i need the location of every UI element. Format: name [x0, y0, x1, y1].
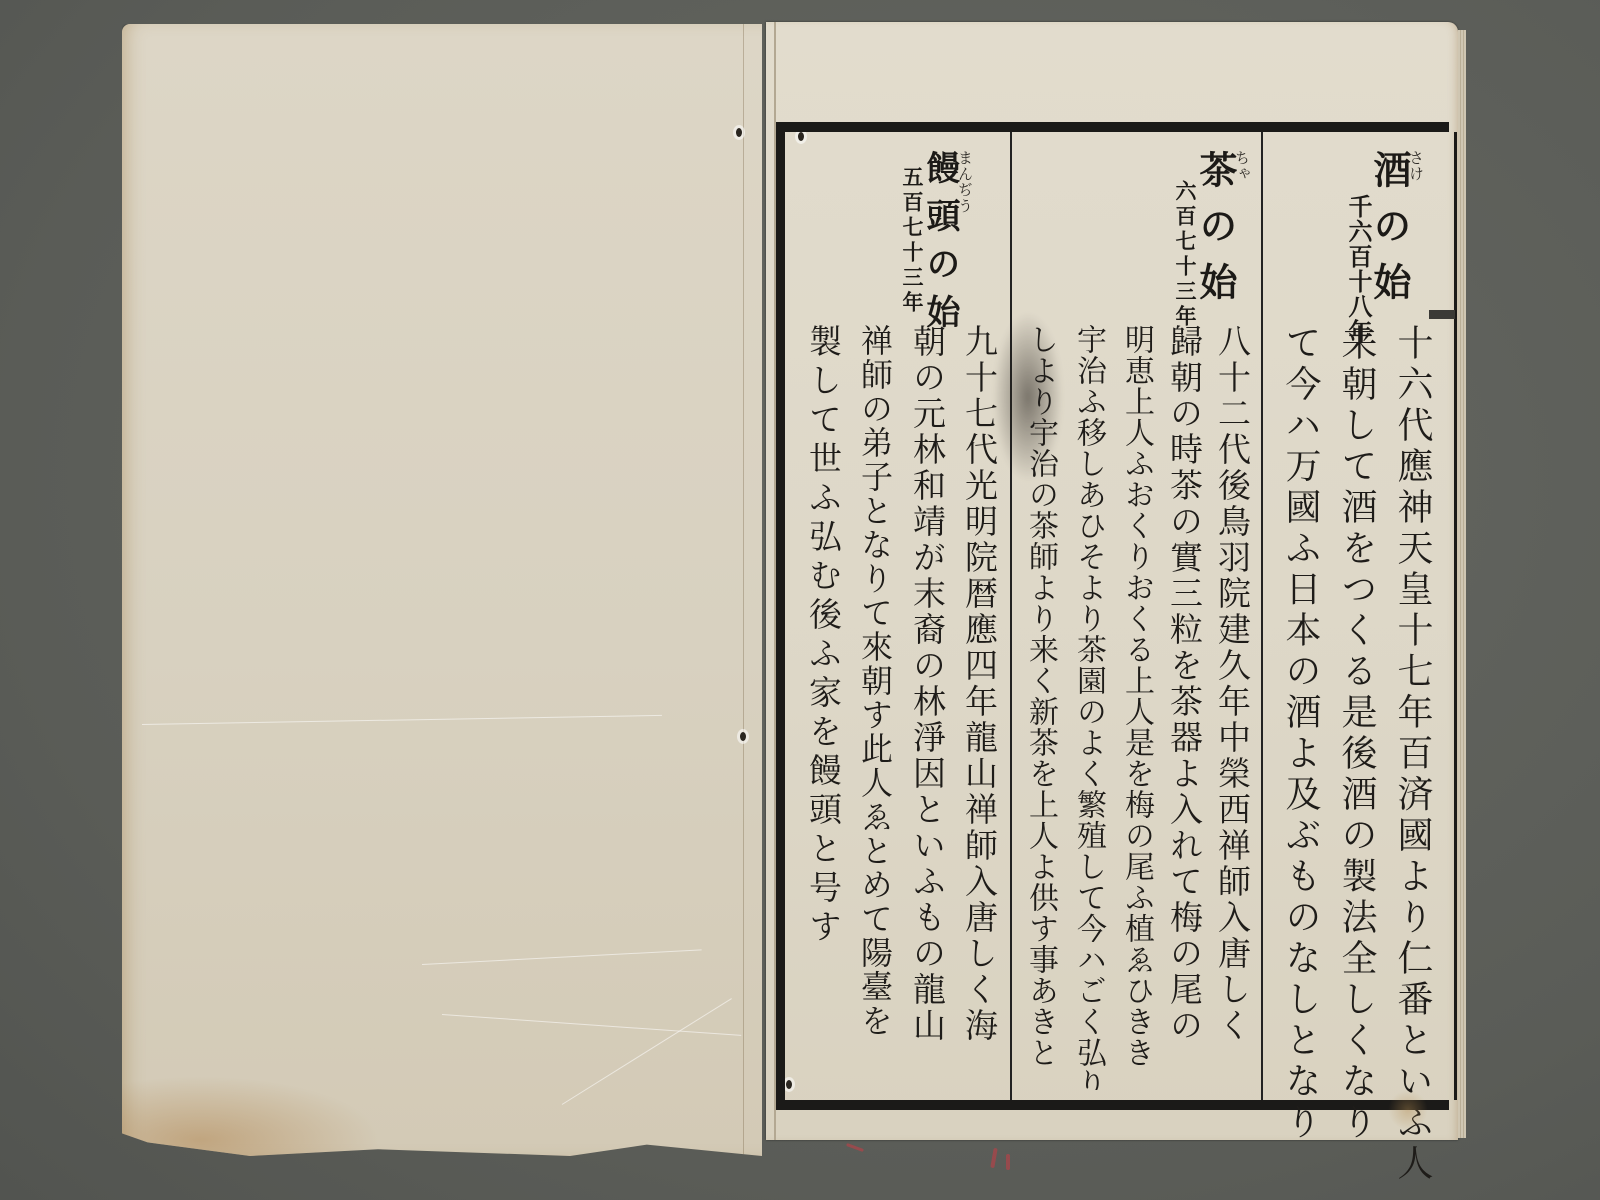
- text-line: 十六代應神天皇十七年百済國より仁番といふ人: [1389, 324, 1435, 1185]
- text-line: 八十二代後鳥羽院建久年中榮西禅師入唐しく: [1209, 324, 1255, 1090]
- section-divider: [1261, 132, 1263, 1100]
- section-heading: ちゃ 茶の始 六百七十三年: [1173, 150, 1245, 330]
- heading-furigana: まんぢう: [957, 150, 972, 214]
- paper-crease: [442, 1014, 741, 1036]
- text-line: 明恵上人ふおくりおくる上人是を梅の尾ふ植ゑひきき: [1113, 324, 1159, 1090]
- text-line: しより宇治の茶師より来く新茶を上人よ供す事あきと: [1017, 324, 1063, 1090]
- left-blank-page: [122, 24, 762, 1156]
- section-tea: ちゃ 茶の始 六百七十三年 八十二代後鳥羽院建久年中榮西禅師入唐しく 歸朝の時茶…: [1013, 132, 1261, 1100]
- text-line: 製して世ふ弘む後ふ家を饅頭と号す: [800, 324, 846, 1090]
- text-line: 宇治ふ移しあひそより茶園のよく繁殖して今ハごく弘り: [1065, 324, 1111, 1090]
- section-heading: まんぢう 饅頭の始 五百七十三年: [900, 150, 968, 342]
- text-line: 来朝して酒をつくる是後酒の製法全しくなり: [1333, 324, 1379, 1185]
- page-stack-edges: [1458, 30, 1466, 1138]
- red-ink-mark: [1006, 1154, 1010, 1170]
- text-line: 朝の元林和靖が末裔の林淨因といふもの龍山: [904, 324, 950, 1090]
- heading-title: 饅頭の始: [923, 150, 957, 342]
- text-line: 歸朝の時茶の實三粒を茶器よ入れて梅の尾の: [1161, 324, 1207, 1090]
- right-printed-page: さけ 酒の始 千六百十八年 十六代應神天皇十七年百済國より仁番といふ人 来朝して…: [766, 22, 1458, 1140]
- section-manju: まんぢう 饅頭の始 五百七十三年 九十七代光明院暦應四年龍山禅師入唐しく海 朝の…: [785, 132, 1010, 1100]
- heading-title: 茶の始: [1196, 150, 1234, 318]
- section-body: 九十七代光明院暦應四年龍山禅師入唐しく海 朝の元林和靖が末裔の林淨因といふもの龍…: [800, 324, 1002, 1090]
- heading-furigana: さけ: [1408, 150, 1423, 182]
- water-stain: [122, 1076, 382, 1156]
- frame-right-rule: [1454, 132, 1457, 1100]
- paper-crease: [422, 949, 702, 965]
- text-line: 禅師の弟子となりて來朝す此人ゑとめて陽臺を: [852, 324, 898, 1090]
- binding-hole: [736, 128, 742, 137]
- gutter-fold: [743, 24, 744, 1156]
- binding-hole: [740, 732, 746, 741]
- heading-title: 酒の始: [1370, 150, 1408, 318]
- section-divider: [1010, 132, 1012, 1100]
- section-body: 十六代應神天皇十七年百済國より仁番といふ人 来朝して酒をつくる是後酒の製法全しく…: [1277, 324, 1435, 1185]
- heading-furigana: ちゃ: [1234, 150, 1249, 182]
- text-line: 九十七代光明院暦應四年龍山禅師入唐しく海: [956, 324, 1002, 1090]
- section-sake: さけ 酒の始 千六百十八年 十六代應神天皇十七年百済國より仁番といふ人 来朝して…: [1265, 132, 1449, 1100]
- text-frame: さけ 酒の始 千六百十八年 十六代應神天皇十七年百済國より仁番といふ人 来朝して…: [776, 122, 1449, 1110]
- paper-crease: [142, 715, 662, 725]
- paper-crease: [562, 998, 732, 1105]
- text-line: て今ハ万國ふ日本の酒よ及ぶものなしとなり: [1277, 324, 1323, 1185]
- section-heading: さけ 酒の始 千六百十八年: [1344, 150, 1419, 344]
- foot-stain: [1388, 1090, 1428, 1130]
- section-body: 八十二代後鳥羽院建久年中榮西禅師入唐しく 歸朝の時茶の實三粒を茶器よ入れて梅の尾…: [1017, 324, 1255, 1090]
